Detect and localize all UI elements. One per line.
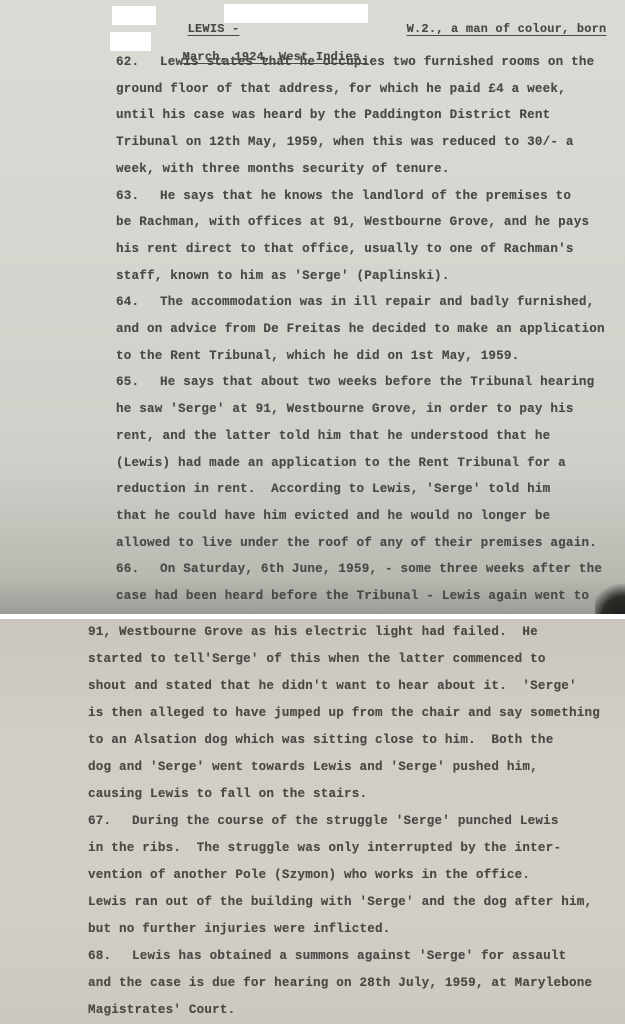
document-line: vention of another Pole (Szymon) who wor…: [88, 867, 530, 883]
document-line: 65.He says that about two weeks before t…: [116, 374, 594, 390]
line-text: Tribunal on 12th May, 1959, when this wa…: [116, 135, 574, 149]
paragraph-number: 64.: [116, 294, 160, 310]
line-text: staff, known to him as 'Serge' (Paplinsk…: [116, 269, 450, 283]
paragraph-number: 63.: [116, 188, 160, 204]
document-line: staff, known to him as 'Serge' (Paplinsk…: [116, 268, 450, 284]
line-text: ground floor of that address, for which …: [116, 82, 566, 96]
document-line: in the ribs. The struggle was only inter…: [88, 840, 561, 856]
document-line: reduction in rent. According to Lewis, '…: [116, 481, 550, 497]
paragraph-number: 62.: [116, 54, 160, 70]
line-text: vention of another Pole (Szymon) who wor…: [88, 868, 530, 882]
line-text: allowed to live under the roof of any of…: [116, 536, 597, 550]
line-text: to an Alsation dog which was sitting clo…: [88, 733, 553, 747]
line-text: reduction in rent. According to Lewis, '…: [116, 482, 550, 496]
document-line: allowed to live under the roof of any of…: [116, 535, 597, 551]
document-line: 62.Lewis states that he occupies two fur…: [116, 54, 594, 70]
document-scan-top: LEWIS - W.2., a man of colour, born Marc…: [0, 0, 625, 614]
line-text: in the ribs. The struggle was only inter…: [88, 841, 561, 855]
document-line: 66.On Saturday, 6th June, 1959, - some t…: [116, 561, 602, 577]
document-line: and on advice from De Freitas he decided…: [116, 321, 605, 337]
document-line: 63.He says that he knows the landlord of…: [116, 188, 571, 204]
line-text: but no further injuries were inflicted.: [88, 922, 391, 936]
line-text: On Saturday, 6th June, 1959, - some thre…: [160, 562, 602, 576]
document-line: causing Lewis to fall on the stairs.: [88, 786, 367, 802]
line-text: that he could have him evicted and he wo…: [116, 509, 550, 523]
line-text: He says that about two weeks before the …: [160, 375, 594, 389]
document-line: rent, and the latter told him that he un…: [116, 428, 550, 444]
document-line: his rent direct to that office, usually …: [116, 241, 574, 257]
document-line: 67.During the course of the struggle 'Se…: [88, 813, 559, 829]
paragraph-number: 65.: [116, 374, 160, 390]
document-line: Tribunal on 12th May, 1959, when this wa…: [116, 134, 574, 150]
document-line: (Lewis) had made an application to the R…: [116, 455, 566, 471]
line-text: Lewis ran out of the building with 'Serg…: [88, 895, 592, 909]
document-line: week, with three months security of tenu…: [116, 161, 450, 177]
line-text: and the case is due for hearing on 28th …: [88, 976, 592, 990]
document-line: 64.The accommodation was in ill repair a…: [116, 294, 594, 310]
redaction-box-birthday: [110, 32, 151, 51]
line-text: During the course of the struggle 'Serge…: [132, 814, 559, 828]
heading-details: W.2., a man of colour, born: [407, 22, 607, 36]
line-text: to the Rent Tribunal, which he did on 1s…: [116, 349, 519, 363]
document-line: 91, Westbourne Grove as his electric lig…: [88, 624, 538, 640]
document-line: Lewis ran out of the building with 'Serg…: [88, 894, 592, 910]
document-line: dog and 'Serge' went towards Lewis and '…: [88, 759, 538, 775]
line-text: he saw 'Serge' at 91, Westbourne Grove, …: [116, 402, 574, 416]
line-text: Lewis has obtained a summons against 'Se…: [132, 949, 566, 963]
line-text: The accommodation was in ill repair and …: [160, 295, 594, 309]
line-text: and on advice from De Freitas he decided…: [116, 322, 605, 336]
line-text: causing Lewis to fall on the stairs.: [88, 787, 367, 801]
document-line: Magistrates' Court.: [88, 1002, 235, 1018]
line-text: shout and stated that he didn't want to …: [88, 679, 577, 693]
document-line: to the Rent Tribunal, which he did on 1s…: [116, 348, 519, 364]
paragraph-number: 67.: [88, 813, 132, 829]
line-text: rent, and the latter told him that he un…: [116, 429, 550, 443]
line-text: started to tell'Serge' of this when the …: [88, 652, 546, 666]
line-text: Lewis states that he occupies two furnis…: [160, 55, 594, 69]
line-text: be Rachman, with offices at 91, Westbour…: [116, 215, 589, 229]
line-text: until his case was heard by the Paddingt…: [116, 108, 550, 122]
line-text: his rent direct to that office, usually …: [116, 242, 574, 256]
document-line: case had been heard before the Tribunal …: [116, 588, 589, 604]
document-line: started to tell'Serge' of this when the …: [88, 651, 546, 667]
line-text: He says that he knows the landlord of th…: [160, 189, 571, 203]
line-text: week, with three months security of tenu…: [116, 162, 450, 176]
redaction-box-address: [224, 4, 368, 23]
line-text: Magistrates' Court.: [88, 1003, 235, 1017]
paragraph-number: 68.: [88, 948, 132, 964]
document-line: is then alleged to have jumped up from t…: [88, 705, 600, 721]
document-line: that he could have him evicted and he wo…: [116, 508, 550, 524]
paragraph-number: 66.: [116, 561, 160, 577]
document-line: he saw 'Serge' at 91, Westbourne Grove, …: [116, 401, 574, 417]
document-line: shout and stated that he didn't want to …: [88, 678, 577, 694]
document-line: to an Alsation dog which was sitting clo…: [88, 732, 553, 748]
document-line: until his case was heard by the Paddingt…: [116, 107, 550, 123]
line-text: dog and 'Serge' went towards Lewis and '…: [88, 760, 538, 774]
line-text: is then alleged to have jumped up from t…: [88, 706, 600, 720]
document-line: ground floor of that address, for which …: [116, 81, 566, 97]
document-line: 68.Lewis has obtained a summons against …: [88, 948, 566, 964]
line-text: (Lewis) had made an application to the R…: [116, 456, 566, 470]
redaction-box-name: [112, 6, 156, 25]
document-line: and the case is due for hearing on 28th …: [88, 975, 592, 991]
line-text: case had been heard before the Tribunal …: [116, 589, 589, 603]
heading-details-line: W.2., a man of colour, born: [377, 5, 606, 53]
line-text: 91, Westbourne Grove as his electric lig…: [88, 625, 538, 639]
document-line: be Rachman, with offices at 91, Westbour…: [116, 214, 589, 230]
document-scan-bottom: 91, Westbourne Grove as his electric lig…: [0, 619, 625, 1024]
document-line: but no further injuries were inflicted.: [88, 921, 391, 937]
